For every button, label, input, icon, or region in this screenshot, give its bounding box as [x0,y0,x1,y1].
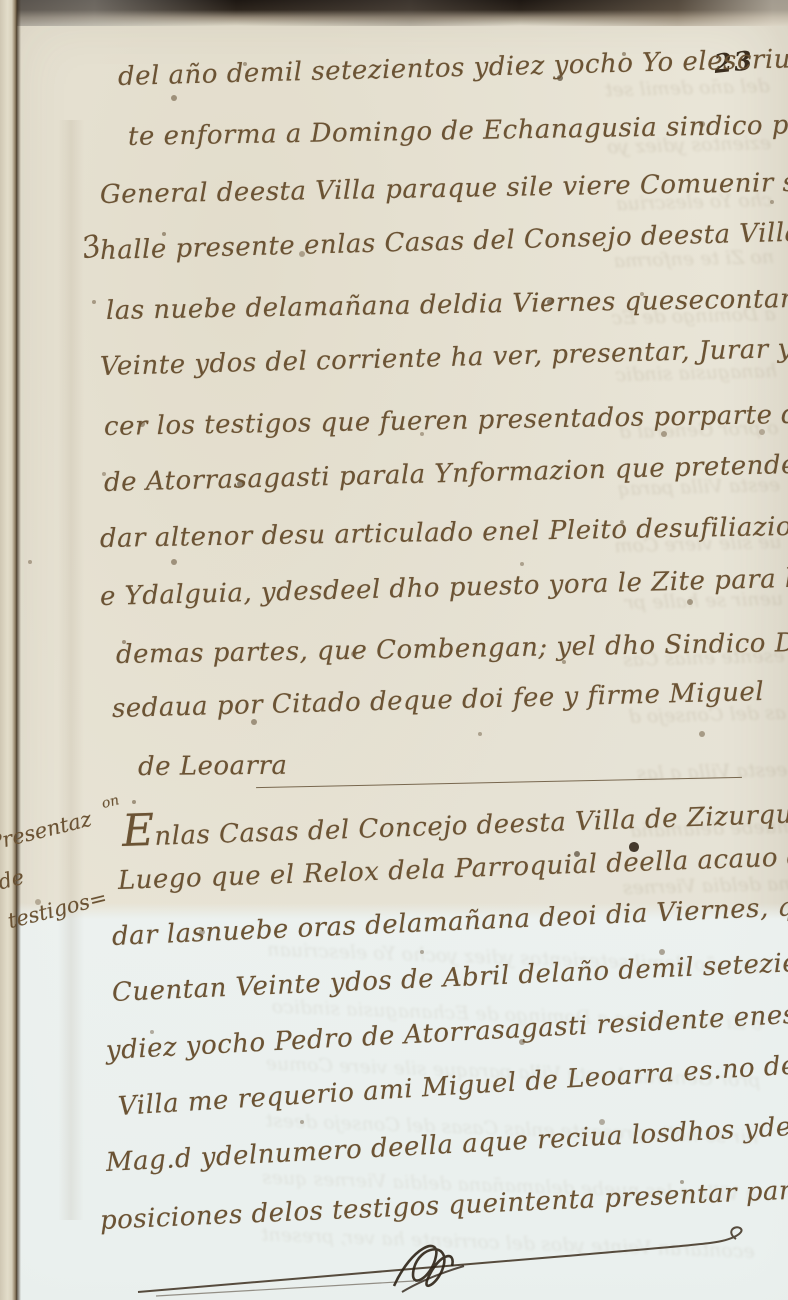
foxing-spots [0,0,4,4]
margin-annotation-superscript: on [100,792,121,812]
page-crease [17,0,21,1300]
photo-top-edge [0,0,788,26]
manuscript-line: las nuebe delamañana deldia Viernes ques… [106,283,788,326]
margin-annotation-word: Presentaz [0,807,94,856]
manuscript-line: sedaua por Citado deque doi fee y firme … [112,677,765,724]
manuscript-line: cer los testigos que fueren presentados … [104,399,788,442]
paper-crease [58,120,84,1220]
manuscript-line: halle presente enlas Casas del Consejo d… [100,217,788,266]
manuscript-page-scan: del año demil setezientos ydiez yocho Yo… [0,0,788,1300]
manuscript-line: de Atorrasagasti parala Ynformazion que … [104,450,788,498]
manuscript-line: te enforma a Domingo de Echanagusia sind… [128,110,788,152]
notary-rubric-flourish [96,1222,760,1300]
manuscript-line: demas partes, que Combengan; yel dho Sin… [116,628,788,670]
book-gutter-edge [0,0,17,1300]
manuscript-line: del año demil setezientos ydiez yocho Yo… [118,42,788,92]
manuscript-line: de Leoarra [138,751,288,782]
manuscript-line: e Ydalguia, ydesdeel dho puesto yora le … [100,563,788,612]
manuscript-line: General deesta Villa paraque sile viere … [100,168,788,210]
manuscript-line: dar altenor desu articulado enel Pleito … [100,512,788,554]
manuscript-line: Veinte ydos del corriente ha ver, presen… [100,332,788,382]
